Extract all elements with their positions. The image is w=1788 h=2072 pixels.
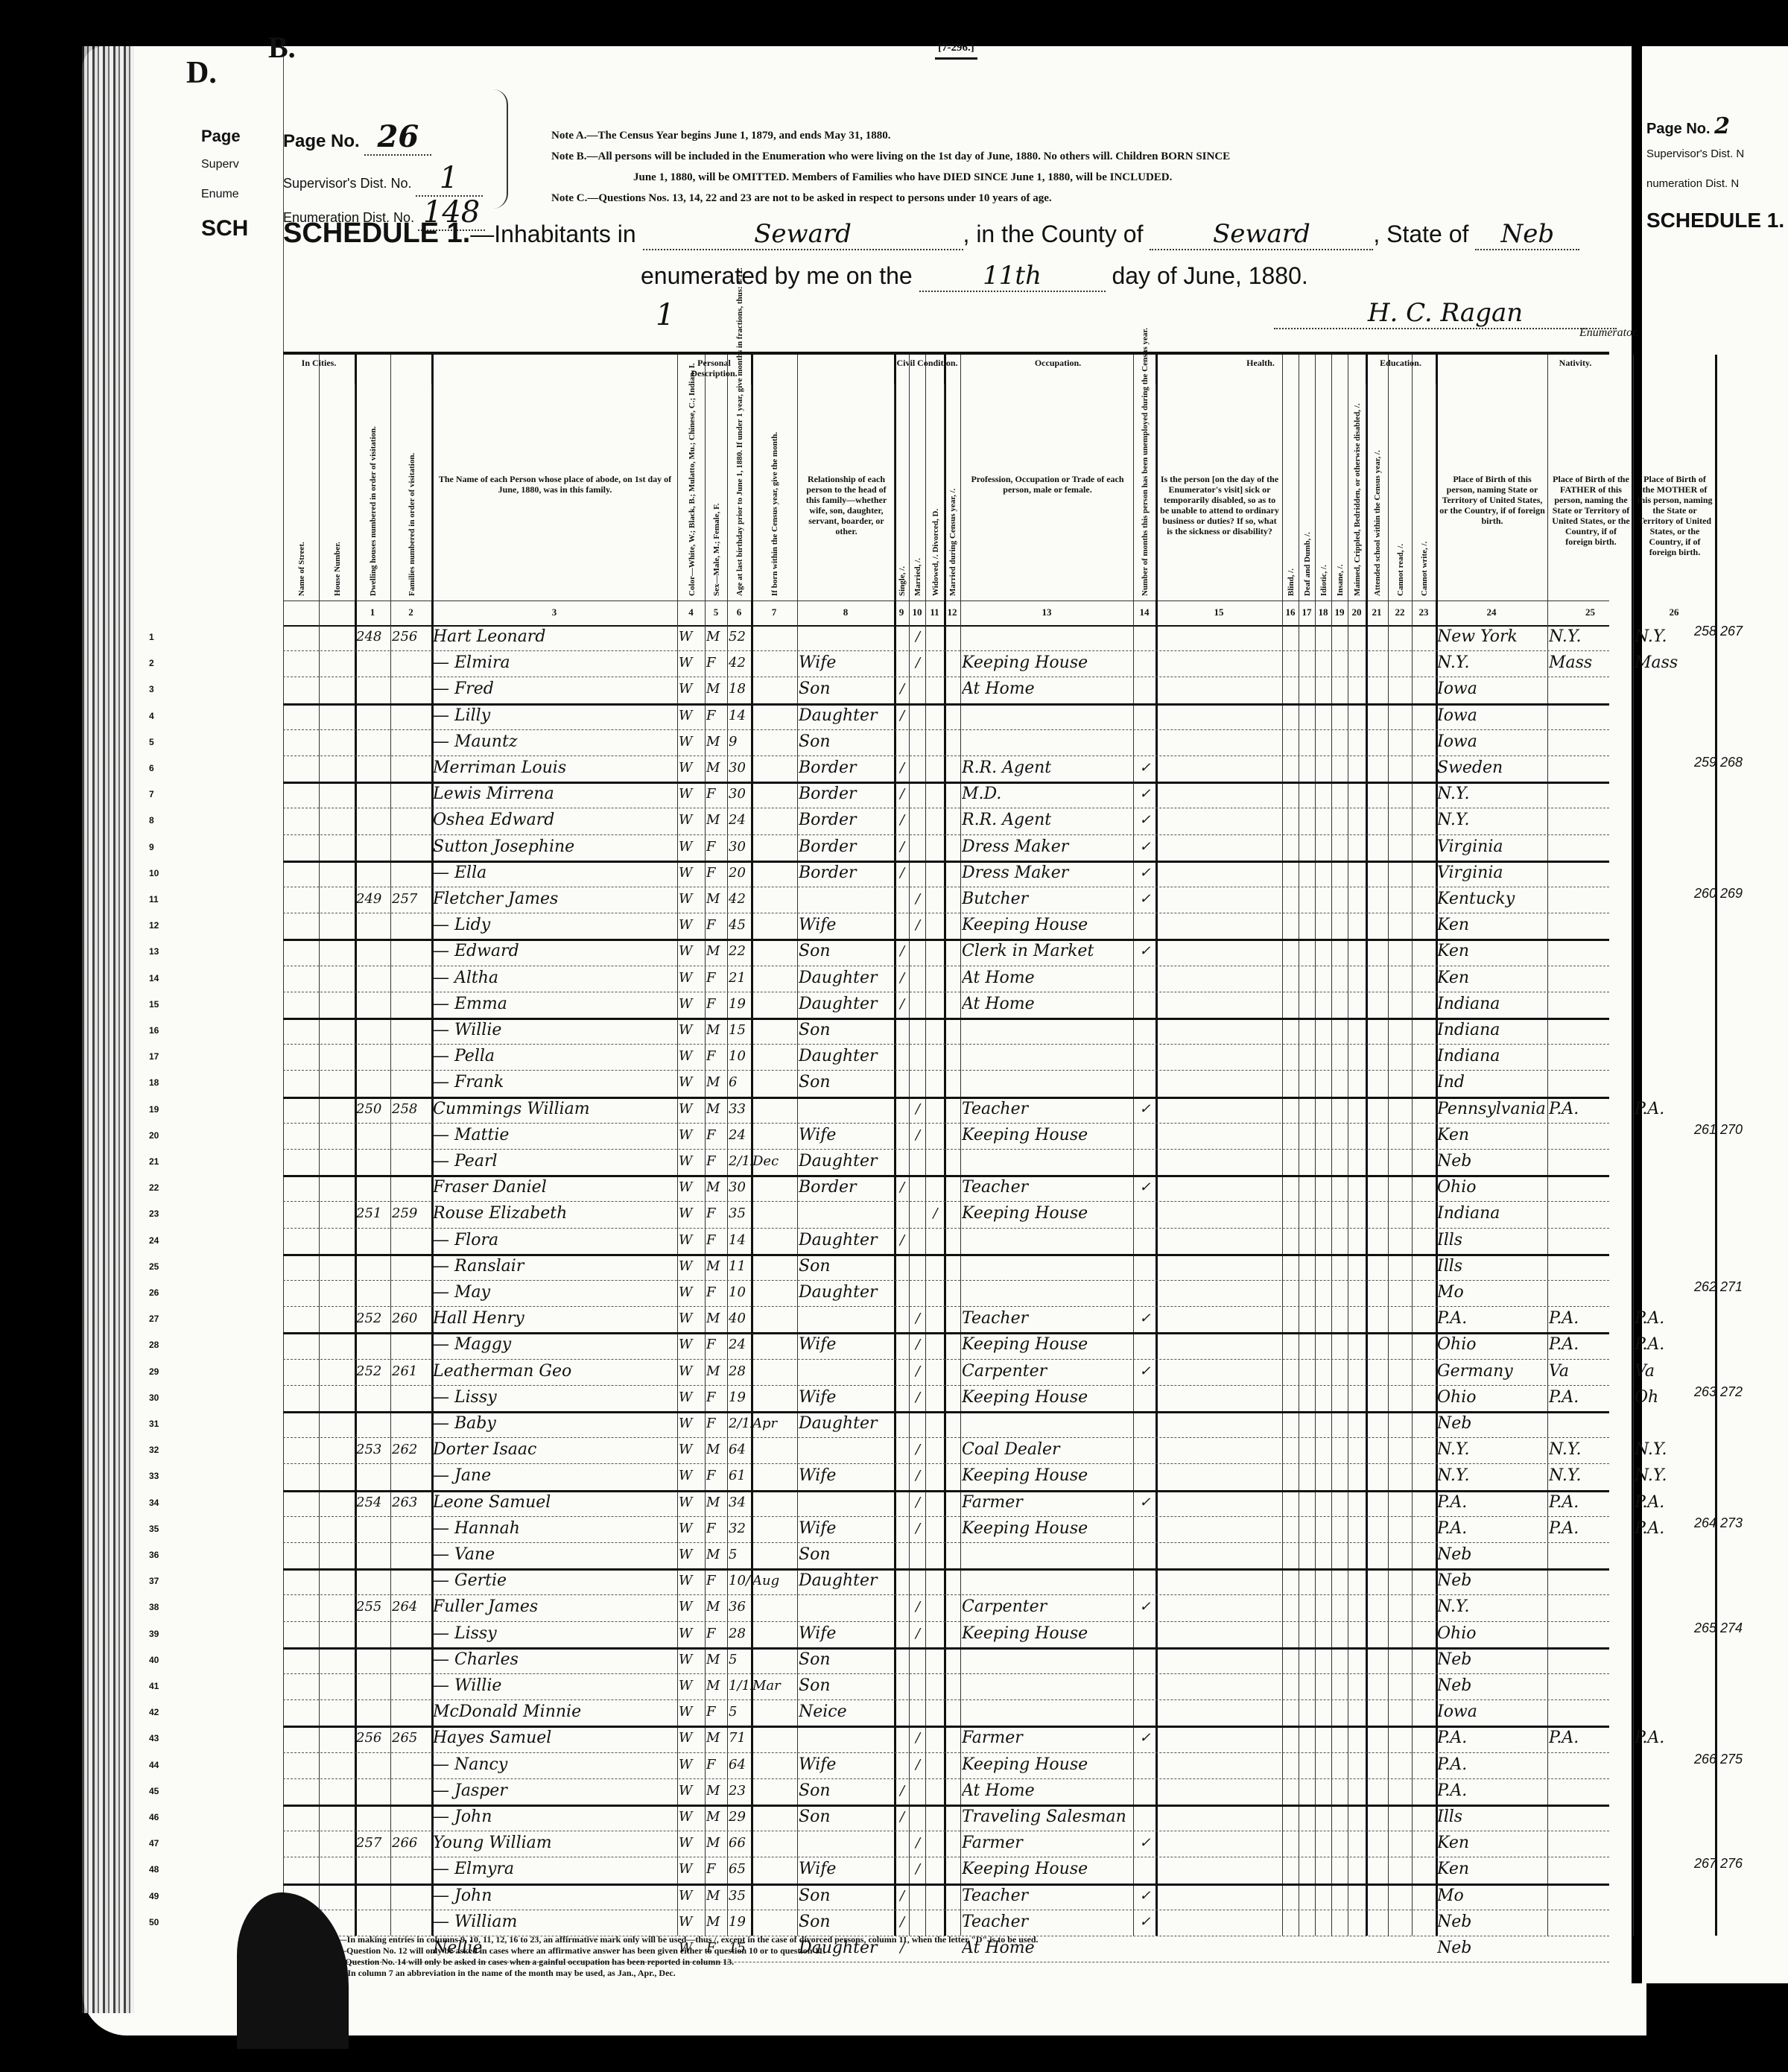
cell-sex: M xyxy=(706,1542,727,1565)
cell-color: W xyxy=(679,1621,705,1644)
column-number: 26 xyxy=(1633,602,1715,623)
cell-sex: F xyxy=(706,1332,727,1355)
cell-single: / xyxy=(895,939,909,962)
stray-mark: 1 xyxy=(656,298,674,332)
table-row: 14— AlthaWF21Daughter/At HomeKen xyxy=(283,966,1609,992)
cell-color: W xyxy=(679,1463,705,1486)
cell-birth: Neb xyxy=(1437,1149,1547,1172)
column-number: 18 xyxy=(1315,602,1331,623)
row-number: 32 xyxy=(149,1445,159,1455)
row-number: 50 xyxy=(149,1917,159,1927)
cell-father: N.Y. xyxy=(1549,1463,1633,1486)
county-value: Seward xyxy=(1150,219,1373,250)
row-number: 37 xyxy=(149,1576,159,1586)
header-notes: Note A.—The Census Year begins June 1, 1… xyxy=(551,125,1579,209)
cell-birth: Indiana xyxy=(1437,992,1547,1015)
cell-occupation: Farmer xyxy=(962,1831,1133,1854)
row-number: 24 xyxy=(149,1235,159,1246)
row-number: 41 xyxy=(149,1681,159,1691)
cell-color: W xyxy=(679,782,705,805)
column-number: 7 xyxy=(751,602,797,623)
cell-age: 5 xyxy=(729,1699,751,1723)
cell-occupation: Carpenter xyxy=(962,1594,1133,1618)
cell-widowed: / xyxy=(927,1201,944,1224)
cell-dwelling: 253 xyxy=(356,1437,390,1460)
cell-name: Fuller James xyxy=(433,1594,677,1618)
column-header-cannot-write: Cannot write, /. xyxy=(1412,384,1436,601)
column-number: 17 xyxy=(1299,602,1315,623)
cell-birth: Indiana xyxy=(1437,1018,1547,1041)
cell-unemployed: ✓ xyxy=(1135,1175,1155,1198)
column-number: 4 xyxy=(677,602,705,623)
cell-color: W xyxy=(679,1884,705,1907)
cell-name: Oshea Edward xyxy=(433,808,677,831)
group-header-civil: Civil Condition. xyxy=(894,358,960,368)
cell-occupation: Teacher xyxy=(962,1175,1133,1198)
next-page-fragment: Page No. 2 Supervisor's Dist. N numerati… xyxy=(1632,46,1788,1983)
cell-sex: F xyxy=(706,1752,727,1775)
row-number: 17 xyxy=(149,1051,159,1062)
column-number: 14 xyxy=(1133,602,1155,623)
cell-age: 64 xyxy=(729,1437,751,1460)
cell-birth: P.A. xyxy=(1437,1726,1547,1749)
cell-sex: M xyxy=(706,624,727,647)
column-number: 1 xyxy=(355,602,390,623)
cell-name: Young William xyxy=(433,1831,677,1854)
table-row: 2— ElmiraWF42Wife/Keeping HouseN.Y.MassM… xyxy=(283,650,1609,677)
row-number: 29 xyxy=(149,1366,159,1377)
cell-mother: N.Y. xyxy=(1635,624,1715,647)
cell-family: 263 xyxy=(392,1490,431,1513)
column-number: 20 xyxy=(1348,602,1366,623)
cell-age: 14 xyxy=(729,1228,751,1251)
row-number: 31 xyxy=(149,1419,159,1429)
cell-name: — Mauntz xyxy=(433,729,677,753)
row-number: 5 xyxy=(149,737,154,747)
cell-sex: M xyxy=(706,1805,727,1828)
row-number: 16 xyxy=(149,1025,159,1036)
column-header-dwelling: Dwelling houses numbered in order of vis… xyxy=(355,384,391,601)
cell-age: 24 xyxy=(729,1123,751,1146)
column-number: 5 xyxy=(705,602,727,623)
cell-color: W xyxy=(679,1306,705,1329)
cell-name: Dorter Isaac xyxy=(433,1437,677,1460)
cell-occupation: Clerk in Market xyxy=(962,939,1133,962)
cell-relation: Son xyxy=(799,1778,894,1802)
cell-name: — Pearl xyxy=(433,1149,677,1172)
column-number: 15 xyxy=(1155,602,1282,623)
cell-unemployed: ✓ xyxy=(1135,1490,1155,1513)
cell-birth: Iowa xyxy=(1437,729,1547,753)
next-page-dwelling-family-number: 262 271 xyxy=(1694,1279,1743,1295)
cell-unemployed: ✓ xyxy=(1135,1306,1155,1329)
cell-relation: Border xyxy=(799,782,894,805)
cell-name: — Altha xyxy=(433,966,677,989)
cell-age: 2/12 xyxy=(729,1149,751,1172)
cell-married: / xyxy=(910,1490,925,1513)
cell-color: W xyxy=(679,677,705,700)
row-number: 23 xyxy=(149,1208,159,1219)
column-rule xyxy=(1715,355,1717,1936)
cell-color: W xyxy=(679,1437,705,1460)
column-number: 6 xyxy=(727,602,751,623)
row-number: 2 xyxy=(149,658,154,668)
column-header-mother: Place of Birth of the MOTHER of this per… xyxy=(1633,384,1716,601)
row-number: 28 xyxy=(149,1340,159,1350)
cell-age: 30 xyxy=(729,755,751,779)
cell-occupation: At Home xyxy=(962,677,1133,700)
cell-birth: N.Y. xyxy=(1437,1594,1547,1618)
cell-family: 266 xyxy=(392,1831,431,1854)
table-row: 18— FrankWM6SonInd xyxy=(283,1070,1609,1098)
cell-family: 256 xyxy=(392,624,431,647)
cell-married: / xyxy=(910,887,925,910)
cell-color: W xyxy=(679,1673,705,1696)
cell-birth: Sweden xyxy=(1437,755,1547,779)
cell-sex: M xyxy=(706,1726,727,1749)
table-row: 45— JasperWM23Son/At HomeP.A. xyxy=(283,1778,1609,1807)
cell-relation: Daughter xyxy=(799,1568,894,1591)
cell-married: / xyxy=(910,1857,925,1880)
cell-color: W xyxy=(679,1699,705,1723)
cell-relation: Son xyxy=(799,939,894,962)
group-header-education: Education. xyxy=(1366,358,1436,368)
supervisor-district-field: Supervisor's Dist. No. 1 xyxy=(283,161,483,197)
cell-relation: Daughter xyxy=(799,703,894,726)
cell-married: / xyxy=(910,1097,925,1120)
column-number: 21 xyxy=(1366,602,1388,623)
table-row: 39— LissyWF28Wife/Keeping HouseOhio xyxy=(283,1621,1609,1650)
cell-unemployed: ✓ xyxy=(1135,1594,1155,1618)
column-number: 11 xyxy=(925,602,944,623)
cell-birth: Mo xyxy=(1437,1280,1547,1303)
row-number: 43 xyxy=(149,1733,159,1743)
cell-birth: Neb xyxy=(1437,1936,1547,1959)
row-number: 34 xyxy=(149,1498,159,1508)
next-enumeration-label: numeration Dist. N xyxy=(1646,177,1739,190)
cell-age: 28 xyxy=(729,1359,751,1382)
cell-color: W xyxy=(679,1516,705,1539)
column-number xyxy=(283,602,319,623)
cell-color: W xyxy=(679,1647,705,1670)
enumerator-caption: Enumerator. xyxy=(1579,326,1639,340)
cell-name: Hall Henry xyxy=(433,1306,677,1329)
cell-name: Merriman Louis xyxy=(433,755,677,779)
cell-relation: Wife xyxy=(799,913,894,936)
schedule-title-line: SCHEDULE 1.—Inhabitants in Seward, in th… xyxy=(283,218,1579,250)
cell-relation xyxy=(799,624,894,647)
cell-mother: Va xyxy=(1635,1359,1715,1382)
next-page-number: 2 xyxy=(1714,113,1730,139)
column-header-sex: Sex—Male, M.; Female, F. xyxy=(705,384,728,601)
enumerator-signature: H. C. Ragan xyxy=(1274,298,1617,329)
cell-occupation: Carpenter xyxy=(962,1359,1133,1382)
row-number: 46 xyxy=(149,1812,159,1822)
cell-sex: M xyxy=(706,1490,727,1513)
cell-color: W xyxy=(679,808,705,831)
column-header-married-year: Married during Census year, /. xyxy=(944,384,961,601)
cell-sex: F xyxy=(706,1228,727,1251)
cell-age: 14 xyxy=(729,703,751,726)
column-header-name: The Name of each Person whose place of a… xyxy=(431,384,678,601)
note-c: Note C.—Questions Nos. 13, 14, 22 and 23… xyxy=(551,188,1579,209)
table-row: 40— CharlesWM5SonNeb xyxy=(283,1647,1609,1674)
cell-occupation: Teacher xyxy=(962,1097,1133,1120)
row-number: 39 xyxy=(149,1629,159,1639)
cell-birth: Pennsylvania xyxy=(1437,1097,1547,1120)
cell-sex: M xyxy=(706,1018,727,1041)
column-header-house: House Number. xyxy=(319,384,355,601)
cell-sex: F xyxy=(706,1463,727,1486)
column-number: 22 xyxy=(1388,602,1412,623)
column-number: 13 xyxy=(960,602,1133,623)
cell-single: / xyxy=(895,1884,909,1907)
page-binding-edge xyxy=(82,46,134,2013)
row-number: 48 xyxy=(149,1864,159,1875)
cell-sex: F xyxy=(706,834,727,858)
cell-birth: Ken xyxy=(1437,966,1547,989)
cell-color: W xyxy=(679,729,705,753)
cell-single: / xyxy=(895,992,909,1015)
cell-name: — May xyxy=(433,1280,677,1303)
cell-married: / xyxy=(910,624,925,647)
column-number: 19 xyxy=(1331,602,1348,623)
cell-name: — Baby xyxy=(433,1411,677,1434)
inhabitants-in-value: Seward xyxy=(643,219,963,250)
cell-unemployed: ✓ xyxy=(1135,1359,1155,1382)
cell-relation: Daughter xyxy=(799,1044,894,1067)
table-row: 38255264Fuller JamesWM36/Carpenter✓N.Y. xyxy=(283,1594,1609,1621)
cell-mother: N.Y. xyxy=(1635,1463,1715,1486)
footnotes: NOTE D.—In making entries in columns 9, … xyxy=(302,1934,1039,1979)
cell-color: W xyxy=(679,1594,705,1618)
cell-age: 18 xyxy=(729,677,751,700)
cell-father: P.A. xyxy=(1549,1332,1633,1355)
cell-married: / xyxy=(910,1359,925,1382)
cell-birth: Ills xyxy=(1437,1254,1547,1277)
cell-occupation: Keeping House xyxy=(962,1516,1133,1539)
next-page-dwelling-family-number: 259 268 xyxy=(1694,755,1743,770)
cell-age: 22 xyxy=(729,939,751,962)
note-d: NOTE D.—In making entries in columns 9, … xyxy=(302,1934,1039,1945)
cell-age: 30 xyxy=(729,1175,751,1198)
cell-single: / xyxy=(895,966,909,989)
cell-sex: M xyxy=(706,1647,727,1670)
column-number: 16 xyxy=(1282,602,1299,623)
cell-color: W xyxy=(679,1044,705,1067)
table-row: 36— VaneWM5SonNeb xyxy=(283,1542,1609,1571)
cell-age: 24 xyxy=(729,1332,751,1355)
table-row: 16— WillieWM15SonIndiana xyxy=(283,1018,1609,1045)
cell-relation: Son xyxy=(799,1805,894,1828)
cell-dwelling: 256 xyxy=(356,1726,390,1749)
cell-dwelling: 249 xyxy=(356,887,390,910)
cell-unemployed: ✓ xyxy=(1135,834,1155,858)
cell-sex: M xyxy=(706,1070,727,1093)
row-number: 25 xyxy=(149,1261,159,1272)
cell-mother: P.A. xyxy=(1635,1726,1715,1749)
cell-unemployed: ✓ xyxy=(1135,1831,1155,1854)
cell-birth: Virginia xyxy=(1437,834,1547,858)
cell-age: 6 xyxy=(729,1070,751,1093)
row-number: 30 xyxy=(149,1393,159,1403)
cell-birth: New York xyxy=(1437,624,1547,647)
cell-sex: F xyxy=(706,703,727,726)
cell-age: 28 xyxy=(729,1621,751,1644)
cell-relation: Daughter xyxy=(799,1280,894,1303)
cell-age: 9 xyxy=(729,729,751,753)
column-number: 9 xyxy=(894,602,909,623)
cell-color: W xyxy=(679,1910,705,1933)
note-f: NOTE F.—Question No. 14 will only be ask… xyxy=(302,1957,1039,1968)
cell-birth: Mo xyxy=(1437,1884,1547,1907)
next-schedule-label: SCHEDULE 1. xyxy=(1646,209,1784,232)
group-header-health: Health. xyxy=(1155,358,1366,368)
cell-birth: N.Y. xyxy=(1437,808,1547,831)
cell-unemployed: ✓ xyxy=(1135,1726,1155,1749)
cell-father: P.A. xyxy=(1549,1306,1633,1329)
cell-age: 19 xyxy=(729,1385,751,1408)
cell-unemployed: ✓ xyxy=(1135,808,1155,831)
cell-birth: Ohio xyxy=(1437,1385,1547,1408)
cell-name: — Frank xyxy=(433,1070,677,1093)
cell-married: / xyxy=(910,1516,925,1539)
table-row: 13— EdwardWM22Son/Clerk in Market✓Ken xyxy=(283,939,1609,966)
cell-unemployed: ✓ xyxy=(1135,1884,1155,1907)
cell-age: 5 xyxy=(729,1542,751,1565)
cell-name: — Edward xyxy=(433,939,677,962)
cell-color: W xyxy=(679,834,705,858)
cell-color: W xyxy=(679,1228,705,1251)
cell-unemployed: ✓ xyxy=(1135,1910,1155,1933)
cell-unemployed xyxy=(1135,624,1155,647)
cell-name: — Lidy xyxy=(433,913,677,936)
cell-single: / xyxy=(895,782,909,805)
cell-birth: N.Y. xyxy=(1437,1437,1547,1460)
table-row: 35— HannahWF32Wife/Keeping HouseP.A.P.A.… xyxy=(283,1516,1609,1543)
column-header-sick: Is the person [on the day of the Enumera… xyxy=(1155,384,1283,601)
cell-sex: M xyxy=(706,1306,727,1329)
column-number: 24 xyxy=(1436,602,1547,623)
cell-dwelling: 251 xyxy=(356,1201,390,1224)
cell-name: — John xyxy=(433,1805,677,1828)
cell-name: — Ranslair xyxy=(433,1254,677,1277)
cell-sex: M xyxy=(706,1884,727,1907)
column-number: 25 xyxy=(1547,602,1633,623)
cell-relation: Son xyxy=(799,1647,894,1670)
note-g: NOTE G.—In column 7 an abbreviation in t… xyxy=(302,1968,1039,1979)
cell-sex: M xyxy=(706,1778,727,1802)
cell-sex: F xyxy=(706,992,727,1015)
table-row: 4— LillyWF14Daughter/Iowa xyxy=(283,703,1609,730)
cell-occupation: Keeping House xyxy=(962,1857,1133,1880)
cell-name: — Flora xyxy=(433,1228,677,1251)
cell-unemployed: ✓ xyxy=(1135,861,1155,884)
cell-occupation: Keeping House xyxy=(962,1463,1133,1486)
cell-occupation: Farmer xyxy=(962,1726,1133,1749)
cell-name: — Elmira xyxy=(433,650,677,674)
row-number: 12 xyxy=(149,920,159,931)
cell-occupation xyxy=(962,624,1133,647)
cell-mother: N.Y. xyxy=(1635,1437,1715,1460)
cell-name: — Lissy xyxy=(433,1385,677,1408)
cell-family: 258 xyxy=(392,1097,431,1120)
header-bracket xyxy=(492,89,508,209)
cell-birth: Germany xyxy=(1437,1359,1547,1382)
cell-family: 259 xyxy=(392,1201,431,1224)
table-row: 32253262Dorter IsaacWM64/Coal DealerN.Y.… xyxy=(283,1437,1609,1464)
cell-relation: Son xyxy=(799,677,894,700)
table-row: 33— JaneWF61Wife/Keeping HouseN.Y.N.Y.N.… xyxy=(283,1463,1609,1492)
table-row: 50— WilliamWM19Son/Teacher✓Neb xyxy=(283,1910,1609,1936)
cell-name: Fraser Daniel xyxy=(433,1175,677,1198)
next-page-dwelling-family-number: 261 270 xyxy=(1694,1122,1743,1138)
cell-name: — Mattie xyxy=(433,1123,677,1146)
note-b-cont: June 1, 1880, will be OMITTED. Members o… xyxy=(551,167,1579,188)
cell-occupation: Butcher xyxy=(962,887,1133,910)
cell-relation: Son xyxy=(799,1254,894,1277)
cell-sex: M xyxy=(706,1594,727,1618)
cell-dwelling: 252 xyxy=(356,1306,390,1329)
cell-name: — Fred xyxy=(433,677,677,700)
cell-sex: F xyxy=(706,1280,727,1303)
cell-color: W xyxy=(679,1726,705,1749)
cell-married: / xyxy=(910,1437,925,1460)
column-header-school: Attended school within the Census year, … xyxy=(1366,384,1389,601)
cell-dwelling: 252 xyxy=(356,1359,390,1382)
cell-birth: Ken xyxy=(1437,913,1547,936)
cell-family: 262 xyxy=(392,1437,431,1460)
cell-mother: P.A. xyxy=(1635,1516,1715,1539)
cell-age: 35 xyxy=(729,1201,751,1224)
cell-relation: Wife xyxy=(799,1752,894,1775)
row-number: 4 xyxy=(149,711,154,721)
cell-mother: Mass xyxy=(1635,650,1715,674)
cell-age: 30 xyxy=(729,782,751,805)
cell-occupation: Teacher xyxy=(962,1884,1133,1907)
table-row: 43256265Hayes SamuelWM71/Farmer✓P.A.P.A.… xyxy=(283,1726,1609,1752)
cell-name: — John xyxy=(433,1884,677,1907)
row-number: 38 xyxy=(149,1602,159,1612)
cell-age: 5 xyxy=(729,1647,751,1670)
cell-age: 2/12 xyxy=(729,1411,751,1434)
cell-occupation: Keeping House xyxy=(962,1621,1133,1644)
column-number: 23 xyxy=(1412,602,1436,623)
cell-birth: Indiana xyxy=(1437,1201,1547,1224)
page-number-value: 26 xyxy=(364,119,431,156)
cell-color: W xyxy=(679,861,705,884)
cell-sex: M xyxy=(706,729,727,753)
cell-father: N.Y. xyxy=(1549,624,1633,647)
cell-relation: Daughter xyxy=(799,1228,894,1251)
cell-sex: M xyxy=(706,1831,727,1854)
cell-occupation: Keeping House xyxy=(962,1123,1133,1146)
column-header-street: Name of Street. xyxy=(283,384,320,601)
cell-sex: F xyxy=(706,782,727,805)
cell-name: Rouse Elizabeth xyxy=(433,1201,677,1224)
row-number: 8 xyxy=(149,815,154,826)
cell-name: Sutton Josephine xyxy=(433,834,677,858)
column-header-unemployed: Number of months this person has been un… xyxy=(1133,384,1156,601)
cell-relation: Son xyxy=(799,1884,894,1907)
cell-birth: Ills xyxy=(1437,1805,1547,1828)
table-row: 19250258Cummings WilliamWM33/Teacher✓Pen… xyxy=(283,1097,1609,1124)
table-row: 44— NancyWF64Wife/Keeping HouseP.A. xyxy=(283,1752,1609,1779)
cell-sex: M xyxy=(706,755,727,779)
table-row: 7Lewis MirrenaWF30Border/M.D.✓N.Y. xyxy=(283,782,1609,808)
cell-relation: Son xyxy=(799,1542,894,1565)
column-number: 12 xyxy=(944,602,960,623)
